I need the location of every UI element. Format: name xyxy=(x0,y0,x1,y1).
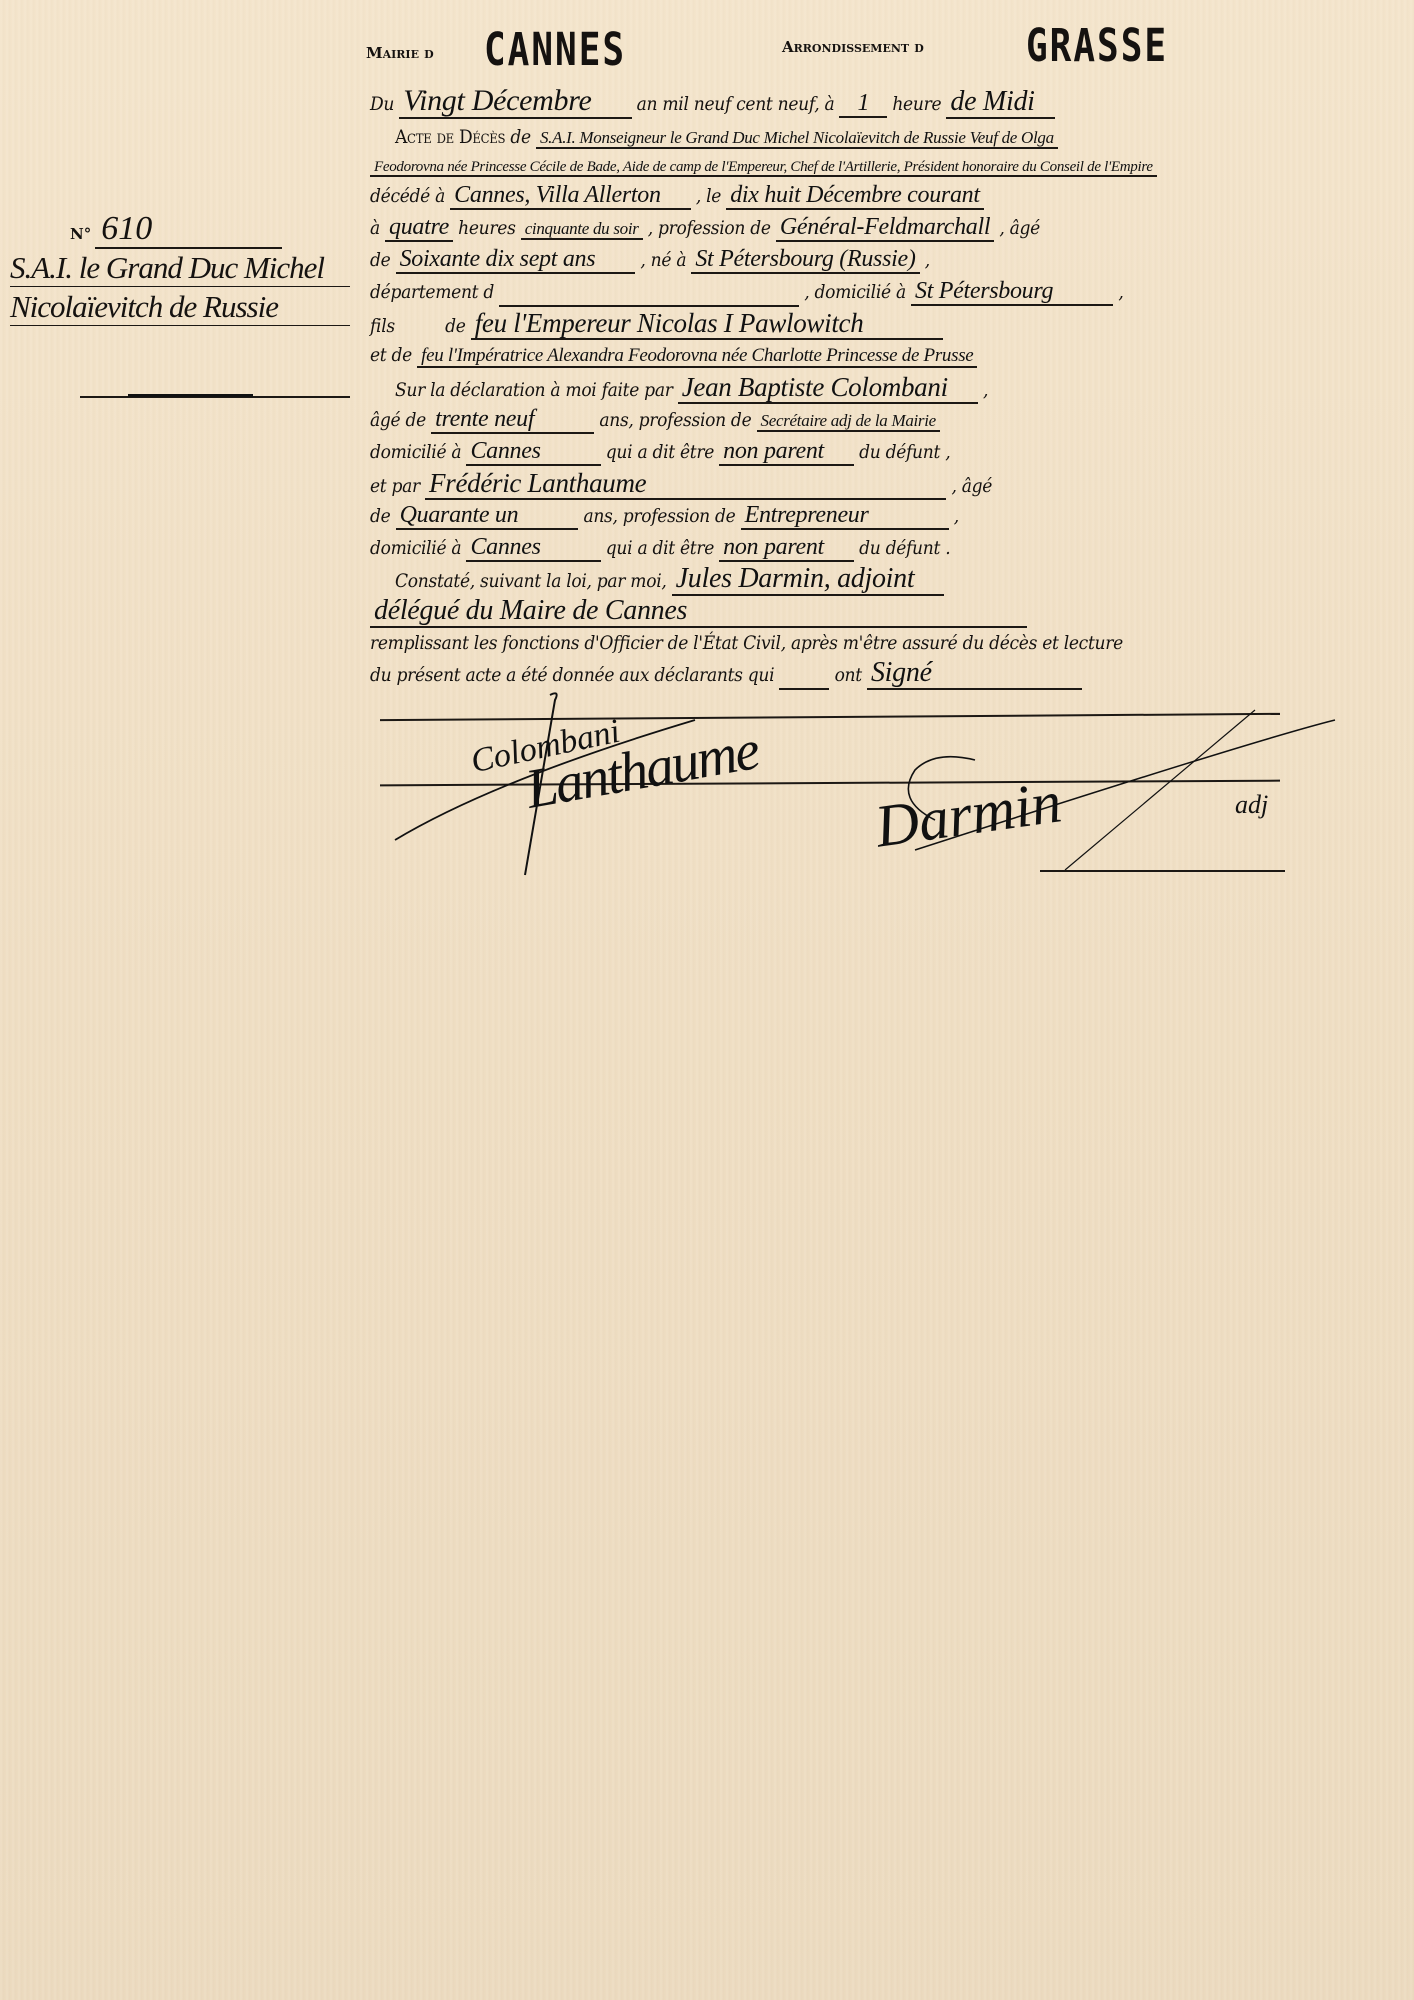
deceased-name-line-2: Nicolaïevitch de Russie xyxy=(10,289,350,326)
act-line-death-place: décédé à Cannes, Villa Allerton , le dix… xyxy=(370,180,1290,211)
label-du: du xyxy=(859,441,880,463)
margin-annotation: N° 610 S.A.I. le Grand Duc Michel Nicola… xyxy=(10,210,350,326)
field-declarant-1-name: Jean Baptiste Colombani xyxy=(678,372,978,404)
label-profession: , profession de xyxy=(648,217,771,239)
label-de: de xyxy=(370,505,390,527)
label-qui-a-dit-etre: qui a dit être xyxy=(606,441,714,463)
mairie-value: CANNES xyxy=(484,25,626,76)
act-line-mother: et de feu l'Impératrice Alexandra Feodor… xyxy=(370,340,1290,371)
field-declarant-2-profession: Entrepreneur xyxy=(741,502,949,530)
act-line-date: Du Vingt Décembre an mil neuf cent neuf,… xyxy=(370,86,1290,119)
punct: , xyxy=(954,505,959,527)
label-heure: heure xyxy=(892,93,941,115)
signature-strokes xyxy=(375,680,1375,880)
label-du: Du xyxy=(370,93,394,115)
punct: , xyxy=(945,441,950,463)
act-line-declarant-1-age: âgé de trente neuf ans, profession de Se… xyxy=(370,404,1290,436)
label-a: à xyxy=(676,249,686,271)
act-line-death-time: à quatre heures cinquante du soir , prof… xyxy=(370,212,1290,244)
label-age: , âgé xyxy=(952,475,993,497)
arrondissement-label: Arrondissement d xyxy=(782,38,924,56)
field-declarant-1-domicile: Cannes xyxy=(466,438,600,466)
act-line-officer-role: délégué du Maire de Cannes xyxy=(370,596,1290,628)
label-domicilie: , domicilié xyxy=(804,281,891,303)
label-year: an mil neuf cent neuf, à xyxy=(637,93,835,115)
label-domicilie: domicilié xyxy=(370,537,446,559)
label-defunt: défunt xyxy=(886,537,940,559)
act-line-declarant-2-age: de Quarante un ans, profession de Entrep… xyxy=(370,500,1290,531)
label-le: , le xyxy=(696,185,721,207)
margin-rule-thick xyxy=(128,394,253,397)
act-line-declarant-1: Sur la déclaration à moi faite par Jean … xyxy=(395,372,1315,405)
label-constate: Constaté, suivant la loi, par moi, xyxy=(395,570,667,592)
label-de: de xyxy=(370,249,390,271)
field-declarant-2-age: Quarante un xyxy=(396,502,579,530)
label-et-par: et par xyxy=(370,475,420,497)
act-line-father: fils de feu l'Empereur Nicolas I Pawlowi… xyxy=(370,308,1290,341)
label-a: à xyxy=(370,217,380,239)
act-title: Acte de Décès xyxy=(395,126,505,148)
field-birthplace: St Pétersbourg (Russie) xyxy=(691,246,919,274)
act-line-declarant-2-domicile: domicilié à Cannes qui a dit être non pa… xyxy=(370,532,1290,563)
mairie-label: Mairie d xyxy=(366,44,434,62)
label-departement: département d xyxy=(370,281,494,303)
field-death-minutes: cinquante du soir xyxy=(521,219,643,240)
label-du: du xyxy=(859,537,880,559)
label-decede: décédé xyxy=(370,185,430,207)
label-de: de xyxy=(445,315,465,337)
field-hour: 1 xyxy=(839,90,887,118)
punct: . xyxy=(945,537,950,559)
field-profession: Général-Feldmarchall xyxy=(776,214,994,242)
label-a: à xyxy=(451,441,461,463)
act-line-title: Acte de Décès de S.A.I. Monseigneur le G… xyxy=(395,122,1315,153)
label-et-de: et de xyxy=(370,344,412,366)
field-officer-name: Jules Darmin, adjoint xyxy=(672,563,945,596)
field-deceased-name: S.A.I. Monseigneur le Grand Duc Michel N… xyxy=(536,128,1058,149)
label-declaration: Sur la déclaration à moi faite par xyxy=(395,379,673,401)
arrondissement-value: GRASSE xyxy=(1026,21,1168,72)
field-death-date: dix huit Décembre courant xyxy=(726,182,984,210)
act-line-domicile: département d , domicilié à St Pétersbou… xyxy=(370,276,1290,307)
punct: , xyxy=(925,249,930,271)
act-number-label: N° xyxy=(70,225,91,243)
act-line-titles: Feodorovna née Princesse Cécile de Bade,… xyxy=(370,150,1290,182)
signature-area: Colombani Lanthaume Darmin adj xyxy=(375,680,1375,880)
label-heures: heures xyxy=(458,217,515,239)
field-declarant-2-relation: non parent xyxy=(719,534,854,562)
label-age: âgé xyxy=(370,409,400,431)
field-mother: feu l'Impératrice Alexandra Feodorovna n… xyxy=(417,345,977,368)
deceased-name-line-1: S.A.I. le Grand Duc Michel xyxy=(10,250,350,287)
blank-departement xyxy=(499,287,799,307)
field-declarant-2-name: Frédéric Lanthaume xyxy=(425,468,946,500)
act-number: 610 xyxy=(95,210,282,249)
field-age: Soixante dix sept ans xyxy=(396,246,636,274)
field-date: Vingt Décembre xyxy=(399,84,631,119)
label-defunt: défunt xyxy=(886,441,940,463)
punct: , xyxy=(983,379,988,401)
label-de: de xyxy=(405,409,425,431)
field-domicile: St Pétersbourg xyxy=(911,278,1113,306)
label-ne: , né xyxy=(640,249,671,271)
field-death-place: Cannes, Villa Allerton xyxy=(450,182,691,210)
field-officer-role: délégué du Maire de Cannes xyxy=(370,595,1027,628)
act-line-closing-1: remplissant les fonctions d'Officier de … xyxy=(370,628,1290,658)
field-time-of-day: de Midi xyxy=(946,86,1054,119)
field-declarant-2-domicile: Cannes xyxy=(466,534,600,562)
field-declarant-1-relation: non parent xyxy=(719,438,854,466)
act-line-declarant-1-domicile: domicilié à Cannes qui a dit être non pa… xyxy=(370,436,1290,467)
closing-text-1: remplissant les fonctions d'Officier de … xyxy=(370,632,1123,654)
label-fils: fils xyxy=(370,315,395,337)
field-deceased-titles: Feodorovna née Princesse Cécile de Bade,… xyxy=(370,159,1157,177)
label-a: à xyxy=(896,281,906,303)
label-a: à xyxy=(435,185,445,207)
label-age: , âgé xyxy=(999,217,1040,239)
label-domicilie: domicilié xyxy=(370,441,446,463)
field-death-hour: quatre xyxy=(385,214,453,242)
act-line-declarant-2: et par Frédéric Lanthaume , âgé xyxy=(370,468,1290,501)
label-profession: ans, profession de xyxy=(583,505,735,527)
act-line-birth: de Soixante dix sept ans , né à St Péter… xyxy=(370,244,1290,275)
field-declarant-1-age: trente neuf xyxy=(431,406,594,434)
punct: , xyxy=(1118,281,1123,303)
field-declarant-1-profession: Secrétaire adj de la Mairie xyxy=(757,411,940,432)
act-line-officer: Constaté, suivant la loi, par moi, Jules… xyxy=(395,564,1315,596)
label-profession: ans, profession de xyxy=(599,409,751,431)
label-qui-a-dit-etre: qui a dit être xyxy=(606,537,714,559)
label-a: à xyxy=(451,537,461,559)
document-header: Mairie d CANNES Arrondissement d GRASSE xyxy=(366,26,1366,76)
field-father: feu l'Empereur Nicolas I Pawlowitch xyxy=(471,308,944,340)
label-de: de xyxy=(510,126,530,148)
